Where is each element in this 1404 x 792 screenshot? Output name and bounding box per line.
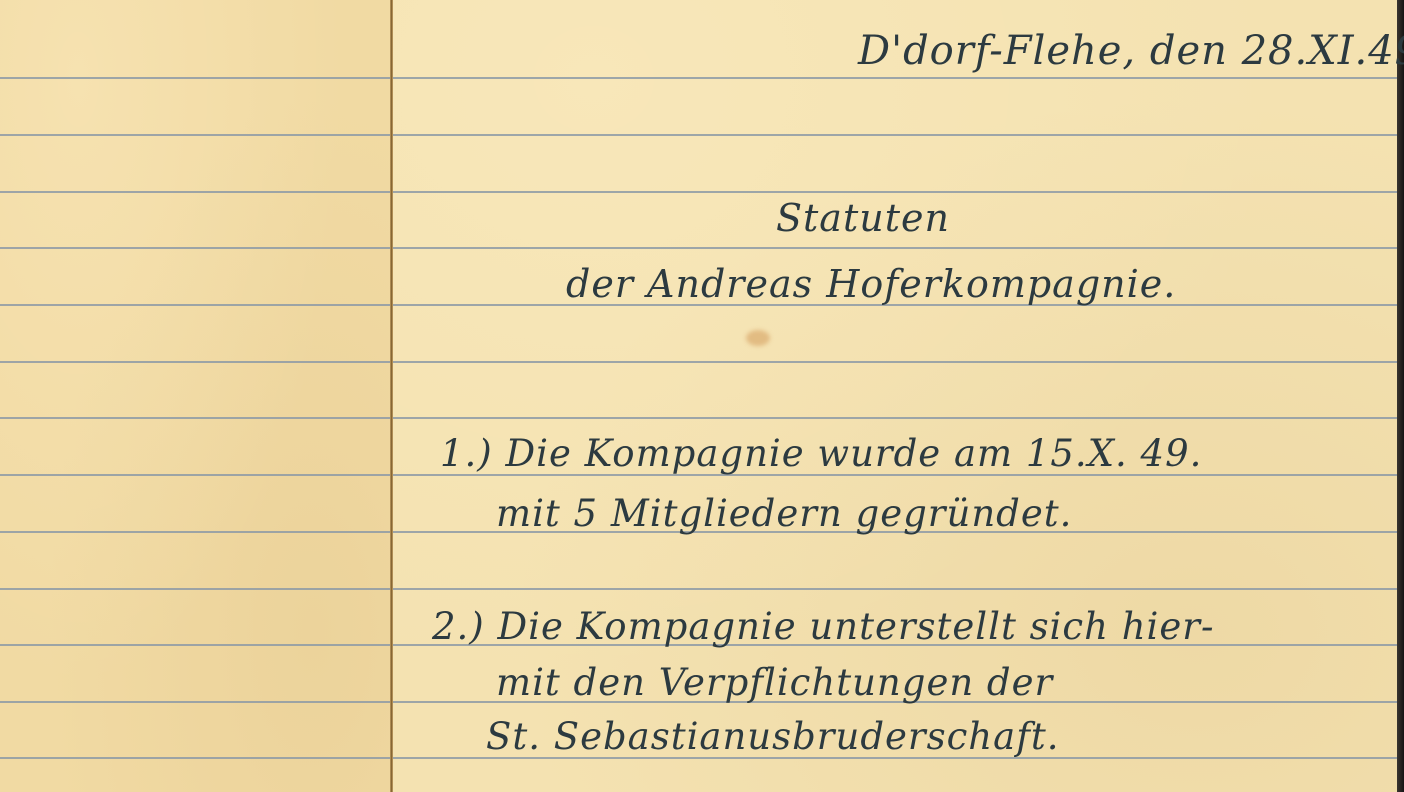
rule-line [393,588,1397,590]
rule-line [393,361,1397,363]
rule-line [393,417,1397,419]
item-2-line-3: St. Sebastianusbruderschaft. [486,715,1060,758]
rule-line [0,304,390,306]
rule-line [0,361,390,363]
item-1-line-1: 1.) Die Kompagnie wurde am 15.X. 49. [440,432,1202,475]
notebook-spine [390,0,393,792]
page-subtitle: der Andreas Hoferkompagnie. [566,262,1176,306]
rule-line [393,77,1397,79]
rule-line [0,247,390,249]
rule-line [0,77,390,79]
rule-line [0,474,390,476]
rule-line [0,417,390,419]
page-title: Statuten [776,196,950,240]
rule-line [0,531,390,533]
rule-line [393,191,1397,193]
place-date-line: D'dorf-Flehe, den 28.XI.49. [858,28,1404,74]
item-2-line-2: mit den Verpflichtungen der [496,661,1053,704]
rule-line [0,588,390,590]
rule-line [393,134,1397,136]
item-2-line-1: 2.) Die Kompagnie unterstellt sich hier- [432,605,1214,648]
left-page [0,0,391,792]
rule-line [0,757,390,759]
rule-line [0,191,390,193]
paper-stain [746,330,770,346]
rule-line [0,701,390,703]
item-1-line-2: mit 5 Mitgliedern gegründet. [496,492,1072,535]
rule-line [393,247,1397,249]
rule-line [0,134,390,136]
rule-line [0,644,390,646]
page-edge-shadow [1397,0,1404,792]
